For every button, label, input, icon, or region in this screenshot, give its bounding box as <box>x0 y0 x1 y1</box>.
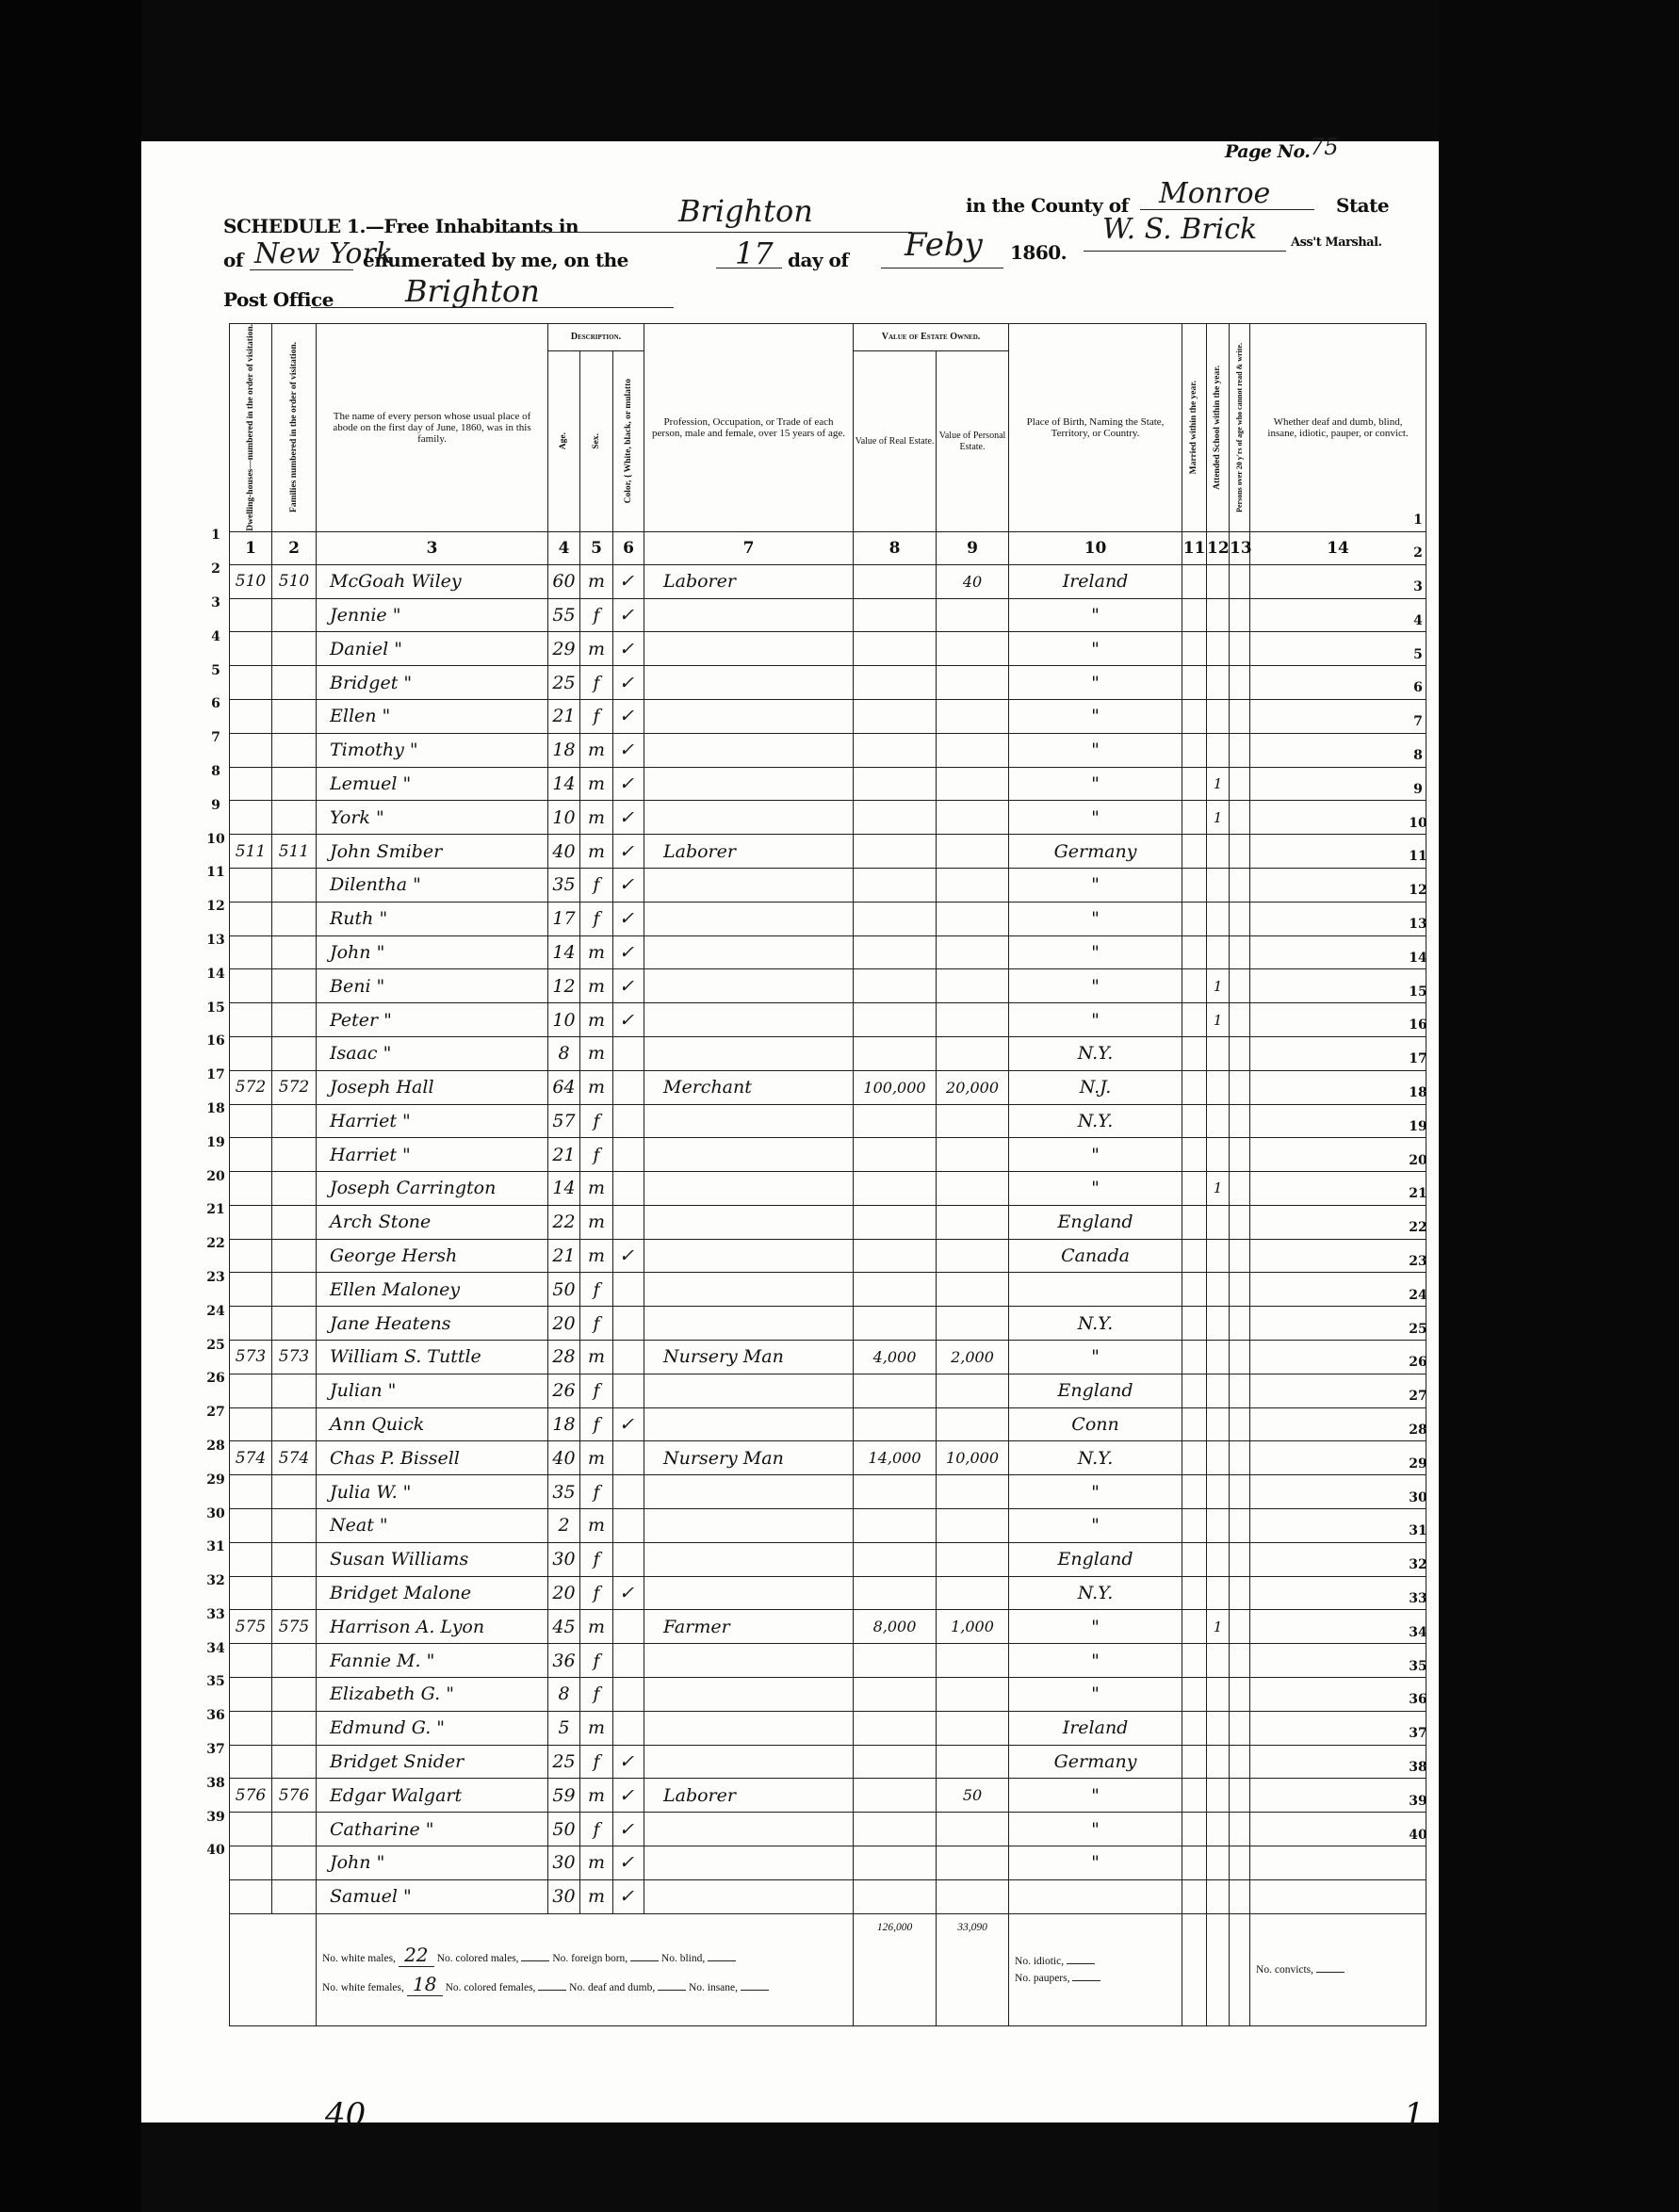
table-row: 576576Edgar Walgart59m✓Laborer50" <box>230 1779 1426 1813</box>
right-line-number: 39 <box>1406 1794 1430 1809</box>
color-mark <box>613 1610 644 1644</box>
person-name: Elizabeth G. " <box>317 1678 548 1712</box>
header-married: Married within the year. <box>1182 324 1207 532</box>
sex: f <box>580 868 613 902</box>
personal-estate-value <box>937 666 1009 700</box>
personal-estate-value <box>937 868 1009 902</box>
illiterate-mark <box>1230 969 1250 1003</box>
real-estate-value <box>854 1307 937 1341</box>
dwelling-number <box>230 1475 272 1509</box>
personal-estate-value <box>937 733 1009 767</box>
family-number <box>272 1307 317 1341</box>
table-row: Dilentha "35f✓" <box>230 868 1426 902</box>
family-number: 510 <box>272 564 317 598</box>
right-line-number: 24 <box>1406 1288 1430 1303</box>
line-number: 31 <box>204 1539 228 1554</box>
line-number: 29 <box>204 1472 228 1488</box>
illiterate-mark <box>1230 1610 1250 1644</box>
condition <box>1250 969 1426 1003</box>
sex: f <box>580 1104 613 1138</box>
real-estate-total: 126,000 <box>854 1913 937 2025</box>
sex: f <box>580 1475 613 1509</box>
occupation <box>644 868 854 902</box>
table-row: Beni "12m✓"1 <box>230 969 1426 1003</box>
real-estate-value <box>854 666 937 700</box>
occupation: Laborer <box>644 1779 854 1813</box>
family-number <box>272 598 317 632</box>
person-name: York " <box>317 801 548 835</box>
sex: m <box>580 767 613 801</box>
dwelling-number <box>230 699 272 733</box>
occupation: Merchant <box>644 1070 854 1104</box>
birthplace: " <box>1009 868 1182 902</box>
real-estate-value: 8,000 <box>854 1610 937 1644</box>
age: 8 <box>548 1036 580 1070</box>
color-mark <box>613 1475 644 1509</box>
occupation <box>644 767 854 801</box>
condition <box>1250 699 1426 733</box>
person-name: Bridget Snider <box>317 1745 548 1779</box>
married-mark <box>1182 598 1207 632</box>
occupation <box>644 1813 854 1846</box>
birthplace: " <box>1009 935 1182 969</box>
age: 10 <box>548 801 580 835</box>
married-mark <box>1182 1846 1207 1880</box>
age: 18 <box>548 733 580 767</box>
sex: m <box>580 1003 613 1037</box>
occupation <box>644 1239 854 1273</box>
line-number: 26 <box>204 1371 228 1386</box>
family-number <box>272 767 317 801</box>
summary-spacer <box>230 1913 317 2025</box>
illiterate-mark <box>1230 1239 1250 1273</box>
color-mark: ✓ <box>613 632 644 666</box>
married-mark <box>1182 1745 1207 1779</box>
condition <box>1250 1542 1426 1576</box>
school-mark: 1 <box>1207 801 1230 835</box>
illiterate-mark <box>1230 1104 1250 1138</box>
header-occupation: Profession, Occupation, or Trade of each… <box>644 324 854 532</box>
age: 35 <box>548 1475 580 1509</box>
condition <box>1250 1576 1426 1610</box>
school-mark: 1 <box>1207 1610 1230 1644</box>
age: 30 <box>548 1542 580 1576</box>
illiterate-mark <box>1230 1036 1250 1070</box>
sex: m <box>580 1341 613 1374</box>
illiterate-mark <box>1230 1846 1250 1880</box>
right-line-number: 14 <box>1406 951 1430 966</box>
table-row: Catharine "50f✓" <box>230 1813 1426 1846</box>
condition <box>1250 1441 1426 1475</box>
sex: m <box>580 1610 613 1644</box>
personal-estate-value <box>937 699 1009 733</box>
color-mark <box>613 1036 644 1070</box>
scan-border-bottom <box>141 2123 1439 2212</box>
color-mark <box>613 1374 644 1407</box>
birthplace: " <box>1009 1509 1182 1543</box>
married-mark <box>1182 1509 1207 1543</box>
census-rows: 510510McGoah Wiley60m✓Laborer40IrelandJe… <box>230 564 1426 1913</box>
line-number: 32 <box>204 1573 228 1588</box>
family-number <box>272 699 317 733</box>
color-mark <box>613 1172 644 1206</box>
right-line-number: 37 <box>1406 1726 1430 1741</box>
sex: f <box>580 1273 613 1307</box>
real-estate-value <box>854 1542 937 1576</box>
real-estate-value <box>854 1407 937 1441</box>
family-number: 572 <box>272 1070 317 1104</box>
age: 20 <box>548 1576 580 1610</box>
condition <box>1250 1172 1426 1206</box>
table-row: Lemuel "14m✓"1 <box>230 767 1426 801</box>
age: 21 <box>548 1239 580 1273</box>
color-mark: ✓ <box>613 1813 644 1846</box>
real-estate-value <box>854 935 937 969</box>
personal-estate-value <box>937 1036 1009 1070</box>
person-name: Bridget Malone <box>317 1576 548 1610</box>
line-number: 23 <box>204 1270 228 1285</box>
condition <box>1250 1846 1426 1880</box>
right-line-number: 11 <box>1406 849 1430 864</box>
married-mark <box>1182 1407 1207 1441</box>
table-row: 575575Harrison A. Lyon45mFarmer8,0001,00… <box>230 1610 1426 1644</box>
table-row: Susan Williams30fEngland <box>230 1542 1426 1576</box>
line-number: 24 <box>204 1304 228 1319</box>
town-value: Brighton <box>678 193 813 229</box>
birthplace <box>1009 1273 1182 1307</box>
real-estate-value <box>854 1138 937 1172</box>
color-mark <box>613 1070 644 1104</box>
real-estate-value <box>854 868 937 902</box>
person-name: Julian " <box>317 1374 548 1407</box>
real-estate-value: 100,000 <box>854 1070 937 1104</box>
right-line-number: 35 <box>1406 1659 1430 1674</box>
right-line-number: 38 <box>1406 1760 1430 1775</box>
color-mark: ✓ <box>613 1407 644 1441</box>
line-number: 7 <box>204 730 228 745</box>
married-mark <box>1182 801 1207 835</box>
person-name: Jennie " <box>317 598 548 632</box>
color-mark: ✓ <box>613 733 644 767</box>
person-name: Lemuel " <box>317 767 548 801</box>
dwelling-number <box>230 1711 272 1745</box>
illiterate-mark <box>1230 1779 1250 1813</box>
school-mark <box>1207 1104 1230 1138</box>
header-personal-estate: Value of Personal Estate. <box>937 351 1009 531</box>
occupation <box>644 1407 854 1441</box>
married-mark <box>1182 1104 1207 1138</box>
occupation <box>644 1307 854 1341</box>
dwelling-number <box>230 801 272 835</box>
header-age: Age. <box>548 351 580 531</box>
col-num: 4 <box>548 531 580 564</box>
header-sex: Sex. <box>580 351 613 531</box>
school-mark <box>1207 1745 1230 1779</box>
color-mark <box>613 1678 644 1712</box>
illiterate-mark <box>1230 1879 1250 1913</box>
dwelling-number: 510 <box>230 564 272 598</box>
occupation <box>644 598 854 632</box>
married-mark <box>1182 1576 1207 1610</box>
col-num: 7 <box>644 531 854 564</box>
person-name: Harriet " <box>317 1138 548 1172</box>
line-number: 1 <box>204 528 228 543</box>
age: 35 <box>548 868 580 902</box>
right-line-number: 33 <box>1406 1591 1430 1606</box>
line-number: 37 <box>204 1742 228 1757</box>
line-number: 38 <box>204 1776 228 1791</box>
family-number <box>272 801 317 835</box>
married-mark <box>1182 868 1207 902</box>
married-mark <box>1182 1172 1207 1206</box>
school-mark <box>1207 1273 1230 1307</box>
personal-estate-value <box>937 1003 1009 1037</box>
personal-estate-value <box>937 1138 1009 1172</box>
school-mark <box>1207 835 1230 869</box>
personal-estate-value <box>937 1846 1009 1880</box>
school-mark <box>1207 1813 1230 1846</box>
line-number: 40 <box>204 1843 228 1858</box>
illiterate-mark <box>1230 1813 1250 1846</box>
dwelling-number <box>230 598 272 632</box>
school-mark <box>1207 699 1230 733</box>
person-name: Ruth " <box>317 902 548 935</box>
school-mark <box>1207 1239 1230 1273</box>
sex: m <box>580 969 613 1003</box>
header-name: The name of every person whose usual pla… <box>317 324 548 532</box>
line-number: 4 <box>204 629 228 644</box>
school-mark <box>1207 1205 1230 1239</box>
occupation <box>644 1205 854 1239</box>
person-name: Susan Williams <box>317 1542 548 1576</box>
person-name: Daniel " <box>317 632 548 666</box>
line-number: 11 <box>204 865 228 880</box>
person-name: Catharine " <box>317 1813 548 1846</box>
personal-estate-value <box>937 902 1009 935</box>
line-number: 2 <box>204 561 228 577</box>
table-row: 510510McGoah Wiley60m✓Laborer40Ireland <box>230 564 1426 598</box>
occupation <box>644 801 854 835</box>
dwelling-number <box>230 733 272 767</box>
line-number: 6 <box>204 696 228 711</box>
condition <box>1250 733 1426 767</box>
table-row: Bridget "25f✓" <box>230 666 1426 700</box>
sex: m <box>580 1036 613 1070</box>
person-name: Edgar Walgart <box>317 1779 548 1813</box>
table-row: George Hersh21m✓Canada <box>230 1239 1426 1273</box>
line-number: 16 <box>204 1033 228 1049</box>
table-row: Fannie M. "36f" <box>230 1644 1426 1678</box>
right-line-number: 16 <box>1406 1017 1430 1033</box>
condition <box>1250 935 1426 969</box>
real-estate-value <box>854 1576 937 1610</box>
dwelling-number: 576 <box>230 1779 272 1813</box>
person-name: Ellen " <box>317 699 548 733</box>
real-estate-value <box>854 835 937 869</box>
line-number: 21 <box>204 1202 228 1217</box>
birthplace: " <box>1009 1813 1182 1846</box>
personal-estate-value <box>937 1813 1009 1846</box>
census-table: Dwelling-houses—numbered in the order of… <box>229 323 1426 2026</box>
sex: m <box>580 564 613 598</box>
summary-convicts: No. convicts, <box>1250 1913 1426 2025</box>
illiterate-mark <box>1230 1205 1250 1239</box>
birthplace: " <box>1009 767 1182 801</box>
dwelling-number <box>230 1745 272 1779</box>
color-mark <box>613 1307 644 1341</box>
right-line-number: 19 <box>1406 1119 1430 1134</box>
color-mark: ✓ <box>613 1779 644 1813</box>
real-estate-value <box>854 598 937 632</box>
sex: f <box>580 666 613 700</box>
condition <box>1250 1407 1426 1441</box>
person-name: Bridget " <box>317 666 548 700</box>
married-mark <box>1182 1678 1207 1712</box>
col-num: 1 <box>230 531 272 564</box>
summary-row: No. white males, 22 No. colored males, N… <box>230 1913 1426 2025</box>
county-value: Monroe <box>1159 177 1270 210</box>
dwelling-number <box>230 632 272 666</box>
school-mark <box>1207 868 1230 902</box>
color-mark: ✓ <box>613 767 644 801</box>
right-line-number: 29 <box>1406 1456 1430 1472</box>
person-name: Joseph Hall <box>317 1070 548 1104</box>
table-row: Harriet "57fN.Y. <box>230 1104 1426 1138</box>
person-name: John " <box>317 935 548 969</box>
page-number: 75 <box>1310 134 1339 160</box>
condition <box>1250 1610 1426 1644</box>
color-mark: ✓ <box>613 935 644 969</box>
illiterate-mark <box>1230 1273 1250 1307</box>
right-line-number: 10 <box>1406 816 1430 831</box>
table-row: Elizabeth G. "8f" <box>230 1678 1426 1712</box>
birthplace: " <box>1009 1341 1182 1374</box>
condition <box>1250 1104 1426 1138</box>
line-number: 36 <box>204 1708 228 1723</box>
color-mark: ✓ <box>613 835 644 869</box>
age: 14 <box>548 1172 580 1206</box>
illiterate-mark <box>1230 835 1250 869</box>
condition <box>1250 1307 1426 1341</box>
person-name: Fannie M. " <box>317 1644 548 1678</box>
person-name: Neat " <box>317 1509 548 1543</box>
colored-females-label: No. colored females, <box>446 1982 536 1993</box>
white-males-label: No. white males, <box>322 1953 396 1964</box>
sex: m <box>580 1879 613 1913</box>
table-row: Ellen "21f✓" <box>230 699 1426 733</box>
dwelling-number <box>230 1307 272 1341</box>
right-line-number: 8 <box>1406 748 1430 763</box>
line-number: 13 <box>204 933 228 948</box>
year: 1860. <box>1010 241 1067 264</box>
personal-estate-value <box>937 1205 1009 1239</box>
person-name: Jane Heatens <box>317 1307 548 1341</box>
personal-estate-value: 20,000 <box>937 1070 1009 1104</box>
school-mark <box>1207 1070 1230 1104</box>
personal-estate-value: 10,000 <box>937 1441 1009 1475</box>
color-mark <box>613 1542 644 1576</box>
family-number <box>272 1711 317 1745</box>
family-number <box>272 902 317 935</box>
occupation <box>644 666 854 700</box>
birthplace: " <box>1009 733 1182 767</box>
married-mark <box>1182 835 1207 869</box>
right-line-number: 3 <box>1406 579 1430 594</box>
line-number: 15 <box>204 1000 228 1016</box>
illiterate-mark <box>1230 1341 1250 1374</box>
sex: f <box>580 1745 613 1779</box>
family-number <box>272 1475 317 1509</box>
table-row: Edmund G. "5mIreland <box>230 1711 1426 1745</box>
age: 22 <box>548 1205 580 1239</box>
color-mark: ✓ <box>613 699 644 733</box>
real-estate-value <box>854 1846 937 1880</box>
personal-estate-value <box>937 1273 1009 1307</box>
real-estate-value <box>854 1172 937 1206</box>
school-mark <box>1207 1644 1230 1678</box>
married-mark <box>1182 1813 1207 1846</box>
school-mark <box>1207 1475 1230 1509</box>
condition <box>1250 1341 1426 1374</box>
right-line-number: 20 <box>1406 1153 1430 1168</box>
illiterate-mark <box>1230 935 1250 969</box>
personal-estate-value <box>937 1745 1009 1779</box>
color-mark <box>613 1509 644 1543</box>
real-estate-value <box>854 699 937 733</box>
illiterate-mark <box>1230 767 1250 801</box>
marshal-underline <box>1084 251 1286 252</box>
family-number <box>272 1003 317 1037</box>
dwelling-number: 573 <box>230 1341 272 1374</box>
sex: f <box>580 1678 613 1712</box>
right-line-number: 13 <box>1406 917 1430 932</box>
personal-estate-value <box>937 969 1009 1003</box>
birthplace: Conn <box>1009 1407 1182 1441</box>
occupation <box>644 1003 854 1037</box>
header-birthplace: Place of Birth, Naming the State, Territ… <box>1009 324 1182 532</box>
school-mark <box>1207 1542 1230 1576</box>
header-description-group: Description. <box>548 324 644 351</box>
header-dwelling: Dwelling-houses—numbered in the order of… <box>230 324 272 532</box>
school-mark <box>1207 1341 1230 1374</box>
family-number <box>272 1542 317 1576</box>
family-number <box>272 1813 317 1846</box>
dwelling-number <box>230 902 272 935</box>
dwelling-number <box>230 1374 272 1407</box>
married-mark <box>1182 902 1207 935</box>
person-name: Joseph Carrington <box>317 1172 548 1206</box>
footer-right-note: 1 <box>1404 2096 1425 2134</box>
occupation <box>644 969 854 1003</box>
sex: f <box>580 1542 613 1576</box>
table-row: Samuel "30m✓ <box>230 1879 1426 1913</box>
color-mark <box>613 1711 644 1745</box>
right-line-number: 32 <box>1406 1557 1430 1572</box>
person-name: Chas P. Bissell <box>317 1441 548 1475</box>
married-mark <box>1182 733 1207 767</box>
married-mark <box>1182 1879 1207 1913</box>
dwelling-number <box>230 1036 272 1070</box>
school-mark <box>1207 935 1230 969</box>
real-estate-value <box>854 801 937 835</box>
occupation <box>644 1104 854 1138</box>
birthplace: " <box>1009 598 1182 632</box>
color-mark: ✓ <box>613 666 644 700</box>
person-name: Samuel " <box>317 1879 548 1913</box>
illiterate-mark <box>1230 1070 1250 1104</box>
right-line-number: 34 <box>1406 1625 1430 1640</box>
table-row: Harriet "21f" <box>230 1138 1426 1172</box>
